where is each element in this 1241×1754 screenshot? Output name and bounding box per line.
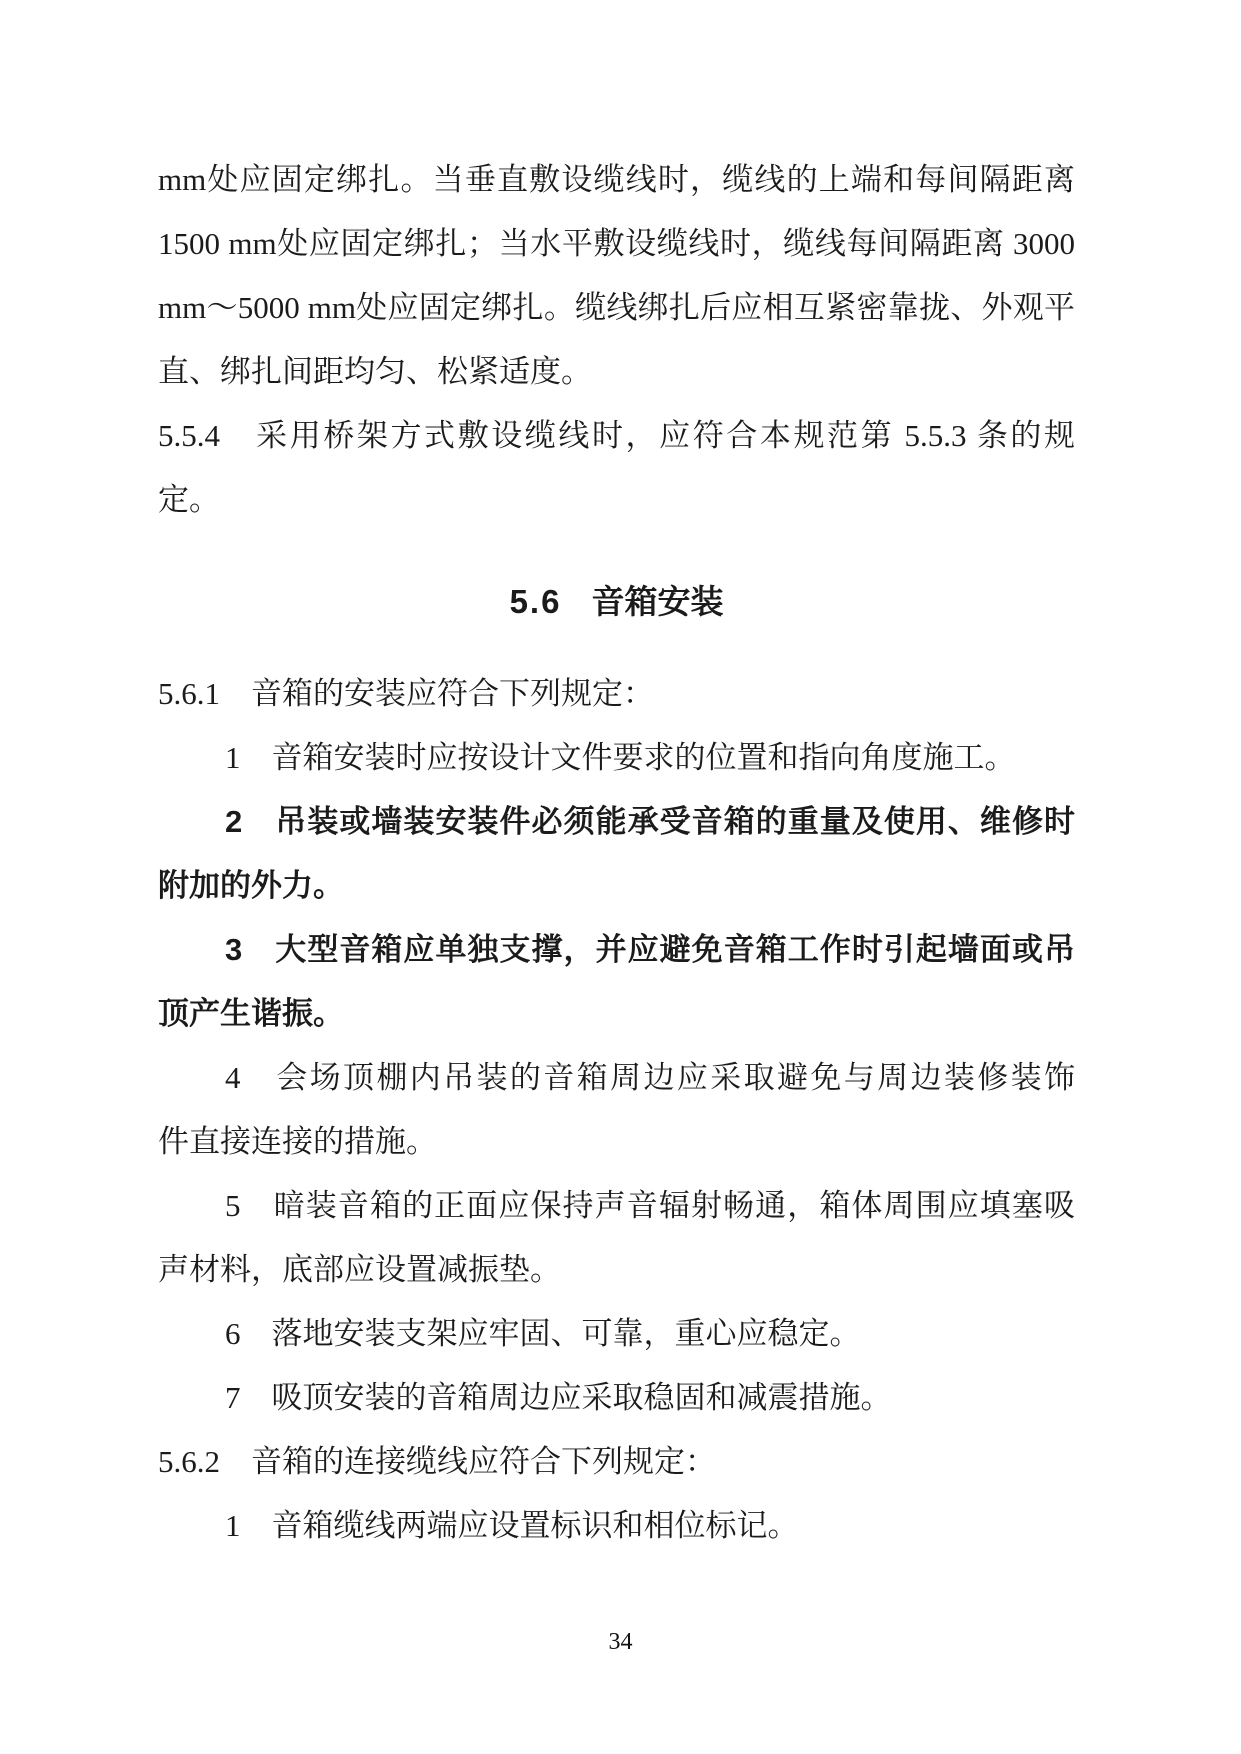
- text-line: 声材料，底部应设置减振垫。: [158, 1238, 1075, 1302]
- clause-5-6-1-line: 5.6.1 音箱的安装应符合下列规定：: [158, 662, 1075, 726]
- section-number: 5.6: [510, 583, 562, 620]
- item-line: 1 音箱安装时应按设计文件要求的位置和指向角度施工。: [225, 726, 1075, 790]
- item-line: 2 吊装或墙装安装件必须能承受音箱的重量及使用、维修时: [225, 790, 1075, 854]
- item-line: 4 会场顶棚内吊装的音箱周边应采取避免与周边装修装饰: [225, 1046, 1075, 1110]
- item-line: 3 大型音箱应单独支撑，并应避免音箱工作时引起墙面或吊: [225, 918, 1075, 982]
- text-line: 件直接连接的措施。: [158, 1110, 1075, 1174]
- text-line: 顶产生谐振。: [158, 982, 1075, 1046]
- item-line: 7 吸顶安装的音箱周边应采取稳固和减震措施。: [225, 1366, 1075, 1430]
- text-line: 定。: [158, 468, 1075, 532]
- page-body: mm处应固定绑扎。当垂直敷设缆线时，缆线的上端和每间隔距离 1500 mm处应固…: [158, 148, 1075, 1558]
- item-line: 6 落地安装支架应牢固、可靠，重心应稳定。: [225, 1302, 1075, 1366]
- item-line: 1 音箱缆线两端应设置标识和相位标记。: [225, 1494, 1075, 1558]
- text-line: 1500 mm处应固定绑扎；当水平敷设缆线时，缆线每间隔距离 3000: [158, 212, 1075, 276]
- clause-5-6-2-line: 5.6.2 音箱的连接缆线应符合下列规定：: [158, 1430, 1075, 1494]
- document-page: mm处应固定绑扎。当垂直敷设缆线时，缆线的上端和每间隔距离 1500 mm处应固…: [0, 0, 1241, 1754]
- text-line: mm处应固定绑扎。当垂直敷设缆线时，缆线的上端和每间隔距离: [158, 148, 1075, 212]
- section-title: 音箱安装: [591, 583, 723, 620]
- item-line: 5 暗装音箱的正面应保持声音辐射畅通，箱体周围应填塞吸: [225, 1174, 1075, 1238]
- text-line: 附加的外力。: [158, 854, 1075, 918]
- page-number: 34: [0, 1626, 1241, 1658]
- clause-5-5-4-line: 5.5.4 采用桥架方式敷设缆线时，应符合本规范第 5.5.3 条的规: [158, 404, 1075, 468]
- text-line: 直、绑扎间距均匀、松紧适度。: [158, 340, 1075, 404]
- section-heading: 5.6音箱安装: [158, 570, 1075, 634]
- text-line: mm～5000 mm处应固定绑扎。缆线绑扎后应相互紧密靠拢、外观平: [158, 276, 1075, 340]
